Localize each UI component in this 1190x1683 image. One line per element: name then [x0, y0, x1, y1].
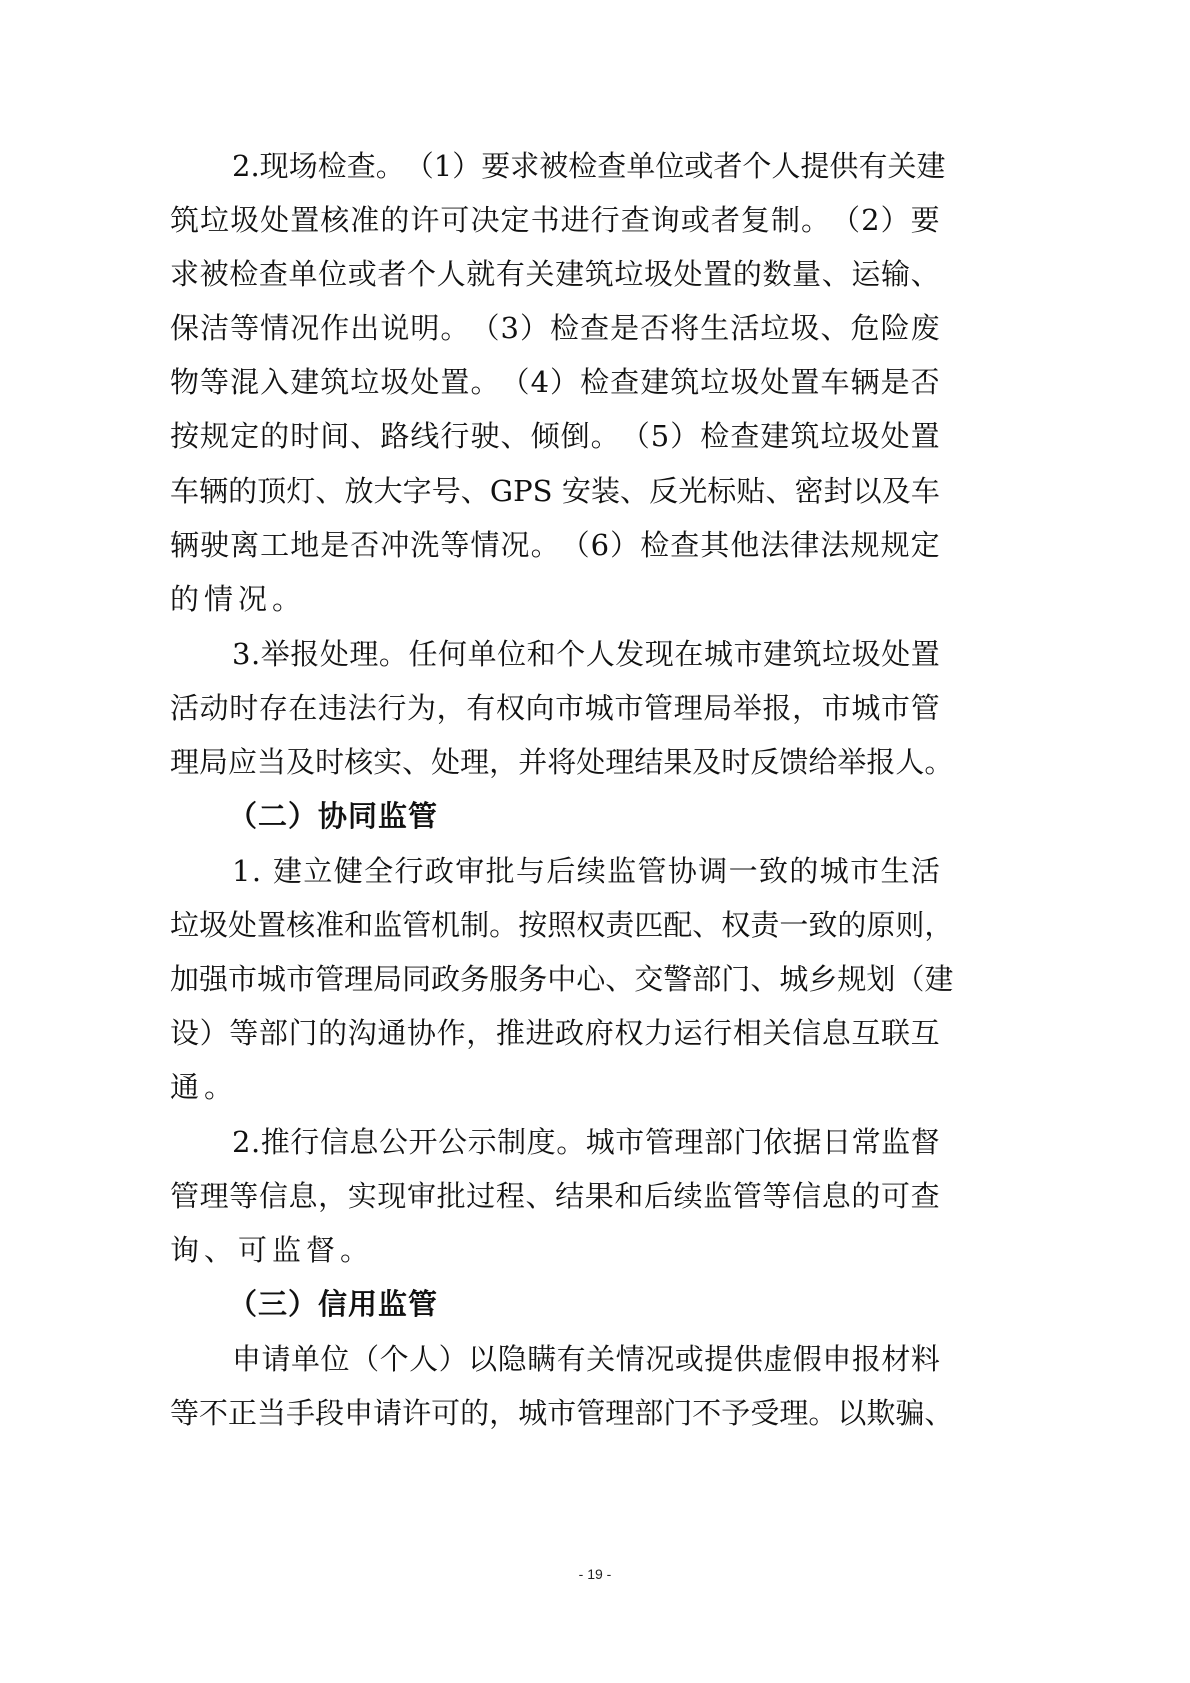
glyph: 车	[170, 471, 199, 511]
glyph: 协	[668, 851, 697, 891]
glyph: （	[405, 146, 434, 186]
glyph: 人	[771, 146, 800, 186]
glyph: 置	[911, 416, 940, 456]
glyph: 向	[526, 688, 555, 728]
glyph: 或	[681, 200, 710, 240]
glyph: 结	[555, 1176, 584, 1216]
glyph: 。	[591, 416, 620, 456]
glyph: 位	[497, 634, 526, 674]
glyph: 申	[822, 1339, 851, 1379]
glyph: 律	[790, 525, 819, 565]
glyph: 路	[380, 416, 409, 456]
glyph: 任	[408, 634, 437, 674]
glyph: 处	[260, 200, 289, 240]
glyph: 照	[547, 905, 576, 945]
glyph: 建	[290, 362, 319, 402]
glyph: 政	[431, 959, 460, 999]
glyph: 贴	[736, 471, 765, 511]
glyph: 垃	[614, 254, 643, 294]
glyph: 的	[837, 905, 866, 945]
page-number: - 19 -	[0, 1566, 1190, 1582]
glyph: 及	[692, 742, 721, 782]
glyph: 情	[616, 1339, 645, 1379]
glyph: 务	[518, 959, 547, 999]
glyph: 5	[651, 416, 669, 456]
glyph: 相	[733, 1013, 762, 1053]
glyph: 置	[790, 362, 819, 402]
glyph: ）	[520, 308, 549, 348]
glyph: 的	[318, 1013, 347, 1053]
glyph: 进	[526, 1013, 555, 1053]
glyph: 他	[730, 525, 759, 565]
glyph: 垃	[822, 634, 851, 674]
glyph: 当	[257, 742, 286, 782]
glyph: .	[251, 1122, 260, 1162]
glyph: 关	[887, 146, 916, 186]
glyph: 建	[763, 634, 792, 674]
glyph: 应	[228, 742, 257, 782]
glyph: 查	[621, 200, 650, 240]
glyph: 、	[461, 471, 490, 511]
glyph: 局	[373, 959, 402, 999]
glyph: 核	[286, 905, 315, 945]
glyph: 数	[763, 254, 792, 294]
glyph: 报	[852, 1339, 881, 1379]
glyph: 不	[199, 1393, 228, 1433]
glyph: 虚	[763, 1339, 792, 1379]
glyph: 筑	[170, 200, 199, 240]
glyph: 个	[407, 254, 436, 294]
glyph: .	[250, 146, 259, 186]
glyph: 段	[315, 1393, 344, 1433]
glyph: ，	[318, 1176, 347, 1216]
glyph: 者	[377, 254, 406, 294]
glyph: 的	[228, 471, 257, 511]
glyph: 推	[261, 1122, 290, 1162]
glyph: 动	[200, 688, 229, 728]
glyph: 过	[466, 1176, 495, 1216]
glyph: 。	[470, 362, 499, 402]
glyph: 何	[438, 634, 467, 674]
glyph: 信	[320, 1122, 349, 1162]
glyph: 处	[760, 362, 789, 402]
glyph: 力	[644, 1013, 673, 1053]
glyph: 理	[170, 742, 199, 782]
glyph: 保	[170, 308, 199, 348]
glyph: 查	[670, 525, 699, 565]
glyph: 权	[721, 905, 750, 945]
glyph: 信	[792, 1176, 821, 1216]
glyph: ，	[792, 688, 821, 728]
glyph: 沟	[348, 1013, 377, 1053]
glyph: 配	[663, 905, 692, 945]
glyph: 建	[640, 362, 669, 402]
glyph: （	[501, 362, 530, 402]
glyph: 者	[711, 200, 740, 240]
glyph: 依	[763, 1122, 792, 1162]
paragraph-line: 理局应当及时核实、处理，并将处理结果及时反馈给举报人。	[170, 742, 940, 782]
glyph: 准	[315, 905, 344, 945]
glyph: 将	[670, 308, 699, 348]
glyph: 活	[730, 308, 759, 348]
glyph: .	[251, 634, 260, 674]
glyph: 辆	[199, 471, 228, 511]
glyph: 按	[170, 416, 199, 456]
glyph: 关	[763, 1013, 792, 1053]
glyph: 、	[924, 1393, 953, 1433]
glyph: 工	[260, 525, 289, 565]
glyph: 、	[402, 742, 431, 782]
glyph: 及	[882, 471, 911, 511]
glyph: 况	[501, 525, 530, 565]
glyph: 理	[605, 1393, 634, 1433]
glyph: 息	[289, 1176, 318, 1216]
glyph: 申	[232, 1339, 261, 1379]
glyph: 置	[440, 362, 469, 402]
glyph: 部	[704, 1122, 733, 1162]
glyph: 。	[531, 525, 560, 565]
glyph: 明	[410, 308, 439, 348]
glyph: 人	[586, 634, 615, 674]
glyph: 。	[379, 634, 408, 674]
glyph: 致	[808, 905, 837, 945]
glyph: 举	[261, 634, 290, 674]
paragraph-line: 申请单位（个人）以隐瞒有关情况或提供虚假申报材料	[232, 1339, 940, 1379]
glyph: 行	[703, 1013, 732, 1053]
glyph: 检	[318, 146, 347, 186]
glyph: 请	[373, 1393, 402, 1433]
glyph: 输	[881, 254, 910, 294]
glyph: 规	[851, 525, 880, 565]
glyph: 全	[364, 851, 393, 891]
glyph: 检	[568, 146, 597, 186]
glyph: 续	[674, 1176, 703, 1216]
glyph: 城	[779, 959, 808, 999]
glyph: （	[470, 308, 499, 348]
glyph: 密	[795, 471, 824, 511]
glyph: ）	[439, 1339, 468, 1379]
glyph: 审	[407, 1176, 436, 1216]
glyph: 规	[881, 525, 910, 565]
glyph: 机	[431, 905, 460, 945]
paragraph-line: 设）等部门的沟通协作，推进政府权力运行相关信息互联互	[170, 1013, 940, 1053]
glyph: 果	[585, 1176, 614, 1216]
glyph: 管	[645, 1122, 674, 1162]
glyph: 同	[402, 959, 431, 999]
glyph: 监	[703, 1176, 732, 1216]
glyph: 。	[808, 1393, 837, 1433]
glyph: 心	[576, 959, 605, 999]
paragraph-line: 垃圾处置核准和监管机制。按照权责匹配、权责一致的原则，	[170, 905, 940, 945]
glyph: 报	[290, 634, 319, 674]
glyph: 信	[792, 1013, 821, 1053]
glyph: 检	[580, 362, 609, 402]
glyph: 许	[410, 200, 439, 240]
glyph: 入	[260, 362, 289, 402]
glyph: 督	[911, 1122, 940, 1162]
glyph: 检	[229, 254, 258, 294]
glyph: 人	[437, 254, 466, 294]
glyph: 安	[562, 471, 591, 511]
glyph: 现	[377, 1176, 406, 1216]
glyph: 法	[760, 525, 789, 565]
glyph: 况	[290, 308, 319, 348]
paragraph-line: 活动时存在违法行为，有权向市城市管理局举报，市城市管	[170, 688, 940, 728]
glyph: 一	[779, 905, 808, 945]
glyph: 查	[911, 1176, 940, 1216]
glyph: 况	[645, 1339, 674, 1379]
paragraph-line: 通。	[170, 1067, 940, 1107]
glyph: 规	[837, 959, 866, 999]
glyph: 准	[350, 200, 379, 240]
glyph: 等	[763, 1176, 792, 1216]
glyph: 市	[881, 688, 910, 728]
glyph: 说	[380, 308, 409, 348]
glyph: 的	[380, 200, 409, 240]
glyph: 混	[230, 362, 259, 402]
glyph: 可	[881, 1176, 910, 1216]
glyph: 制	[460, 905, 489, 945]
glyph: 门	[663, 1393, 692, 1433]
paragraph-line: 等不正当手段申请许可的，城市管理部门不予受理。以欺骗、	[170, 1393, 940, 1433]
glyph: 理	[349, 634, 378, 674]
glyph: 定	[230, 416, 259, 456]
glyph: 欺	[866, 1393, 895, 1433]
glyph: 将	[547, 742, 576, 782]
glyph: 关	[586, 1339, 615, 1379]
glyph: 管	[315, 959, 344, 999]
glyph: ）	[550, 362, 579, 402]
glyph: 筑	[790, 416, 819, 456]
glyph: 理	[605, 742, 634, 782]
glyph: 置	[703, 254, 732, 294]
glyph: 就	[466, 254, 495, 294]
glyph: 否	[640, 308, 669, 348]
glyph: 垃	[760, 308, 789, 348]
glyph: 间	[320, 416, 349, 456]
glyph: 示	[468, 1122, 497, 1162]
glyph: P	[513, 471, 533, 511]
glyph: 理	[460, 742, 489, 782]
glyph: 发	[615, 634, 644, 674]
glyph: 在	[289, 688, 318, 728]
glyph: 后	[644, 1176, 673, 1216]
glyph: 查	[730, 416, 759, 456]
glyph: 责	[750, 905, 779, 945]
glyph: 供	[734, 1339, 763, 1379]
glyph: 城	[518, 1393, 547, 1433]
glyph: 。	[376, 146, 405, 186]
glyph: 的	[733, 254, 762, 294]
glyph: 筑	[793, 634, 822, 674]
glyph: 市	[615, 1122, 644, 1162]
glyph: 、	[911, 254, 940, 294]
glyph: 时	[229, 688, 258, 728]
glyph: 量	[792, 254, 821, 294]
glyph: 度	[527, 1122, 556, 1162]
glyph: 垃	[200, 200, 229, 240]
glyph: 求	[510, 146, 539, 186]
glyph: 。	[801, 200, 830, 240]
paragraph-line: 询、可监督。	[170, 1230, 940, 1270]
glyph: 管	[170, 1176, 199, 1216]
glyph: 立	[303, 851, 332, 891]
glyph: 单	[468, 634, 497, 674]
section-heading-credit-supervision: （三）信用监管	[228, 1284, 438, 1324]
glyph: 管	[644, 688, 673, 728]
glyph: 以	[468, 1339, 497, 1379]
glyph: 离	[230, 525, 259, 565]
glyph: 出	[350, 308, 379, 348]
glyph: 许	[402, 1393, 431, 1433]
glyph: 部	[259, 1013, 288, 1053]
glyph: 装	[591, 471, 620, 511]
glyph: 检	[700, 416, 729, 456]
glyph: 监	[373, 905, 402, 945]
glyph: 辆	[851, 362, 880, 402]
paragraph-line: 2.推行信息公开公示制度。城市管理部门依据日常监督	[232, 1122, 940, 1162]
glyph: 的	[460, 1393, 489, 1433]
glyph: 人	[895, 742, 924, 782]
glyph: 4	[531, 362, 549, 402]
glyph: 权	[576, 905, 605, 945]
glyph: 城	[257, 959, 286, 999]
glyph: 1	[232, 851, 250, 891]
glyph: 服	[489, 959, 518, 999]
glyph: 单	[289, 254, 318, 294]
glyph: 的	[789, 851, 818, 891]
glyph: 情	[260, 308, 289, 348]
glyph: 线	[410, 416, 439, 456]
glyph: 处	[674, 254, 703, 294]
glyph: 圾	[730, 362, 759, 402]
glyph: （	[350, 1339, 379, 1379]
glyph: 责	[605, 905, 634, 945]
glyph: 市	[286, 959, 315, 999]
section-heading-collaborative-supervision: （二）协同监管	[228, 796, 438, 836]
glyph: 理	[779, 1393, 808, 1433]
glyph: 料	[911, 1339, 940, 1379]
glyph: 常	[852, 1122, 881, 1162]
glyph: 违	[318, 688, 347, 728]
glyph: 与	[516, 851, 545, 891]
glyph: ）	[610, 525, 639, 565]
glyph: 。	[556, 1122, 585, 1162]
glyph: 城	[585, 688, 614, 728]
paragraph-line: 保洁等情况作出说明。（3）检查是否将生活垃圾、危险废	[170, 308, 940, 348]
glyph: 监	[881, 1122, 910, 1162]
glyph: 申	[344, 1393, 373, 1433]
glyph: 按	[518, 905, 547, 945]
glyph: 要	[481, 146, 510, 186]
glyph: 程	[496, 1176, 525, 1216]
glyph: 管	[637, 851, 666, 891]
glyph: 、	[315, 471, 344, 511]
glyph: 通	[377, 1013, 406, 1053]
glyph: 、	[692, 905, 721, 945]
glyph: 决	[470, 200, 499, 240]
glyph: 有	[496, 254, 525, 294]
glyph: 活	[170, 688, 199, 728]
glyph: 时	[315, 742, 344, 782]
glyph: ）	[200, 1013, 229, 1053]
glyph: 。	[924, 742, 953, 782]
glyph: 不	[692, 1393, 721, 1433]
glyph: 2	[232, 146, 250, 186]
glyph: 批	[437, 1176, 466, 1216]
glyph: 时	[721, 742, 750, 782]
glyph: 查	[610, 362, 639, 402]
paragraph-line: 按规定的时间、路线行驶、倾倒。（5）检查建筑垃圾处置	[170, 416, 940, 456]
glyph: ，	[489, 742, 518, 782]
glyph: 2	[861, 200, 879, 240]
glyph: 位	[318, 254, 347, 294]
glyph: 其	[700, 525, 729, 565]
glyph: 顶	[257, 471, 286, 511]
glyph: 市	[822, 688, 851, 728]
glyph: 大	[374, 471, 403, 511]
glyph: 、	[820, 308, 849, 348]
glyph: 场	[289, 146, 318, 186]
glyph: ，	[489, 1393, 518, 1433]
glyph: 则	[895, 905, 924, 945]
glyph: 受	[750, 1393, 779, 1433]
glyph: 息	[822, 1013, 851, 1053]
glyph: 生	[880, 851, 909, 891]
glyph: ，	[466, 1013, 495, 1053]
glyph: 等	[230, 308, 259, 348]
glyph: 以	[853, 471, 882, 511]
glyph: 材	[881, 1339, 910, 1379]
glyph: 政	[555, 1013, 584, 1053]
glyph: 2	[232, 1122, 250, 1162]
glyph: 进	[561, 200, 590, 240]
glyph: 洗	[410, 525, 439, 565]
glyph: 行	[591, 200, 620, 240]
glyph: 协	[407, 1013, 436, 1053]
glyph: 市	[733, 634, 762, 674]
glyph: 管	[911, 688, 940, 728]
glyph: 处	[881, 634, 910, 674]
glyph: 废	[911, 308, 940, 348]
glyph: 处	[881, 416, 910, 456]
glyph: 情	[470, 525, 499, 565]
glyph: 门	[733, 1122, 762, 1162]
paragraph-line: 管理等信息，实现审批过程、结果和后续监管等信息的可查	[170, 1176, 940, 1216]
glyph: 位	[321, 1339, 350, 1379]
glyph: 运	[674, 1013, 703, 1053]
glyph: 城	[851, 688, 880, 728]
glyph: 号	[432, 471, 461, 511]
glyph: 圾	[380, 362, 409, 402]
glyph: 置	[911, 634, 940, 674]
glyph: 调	[698, 851, 727, 891]
glyph: 运	[851, 254, 880, 294]
glyph: 和	[344, 905, 373, 945]
glyph: 复	[741, 200, 770, 240]
glyph: 标	[707, 471, 736, 511]
glyph: 垃	[350, 362, 379, 402]
paragraph-line: 物等混入建筑垃圾处置。（4）检查建筑垃圾处置车辆是否	[170, 362, 940, 402]
glyph: 报	[763, 688, 792, 728]
glyph: 圾	[230, 200, 259, 240]
glyph: 馈	[779, 742, 808, 782]
glyph: 举	[733, 688, 762, 728]
glyph: 府	[585, 1013, 614, 1053]
glyph: 是	[610, 308, 639, 348]
glyph: 市	[850, 851, 879, 891]
glyph: 冲	[380, 525, 409, 565]
